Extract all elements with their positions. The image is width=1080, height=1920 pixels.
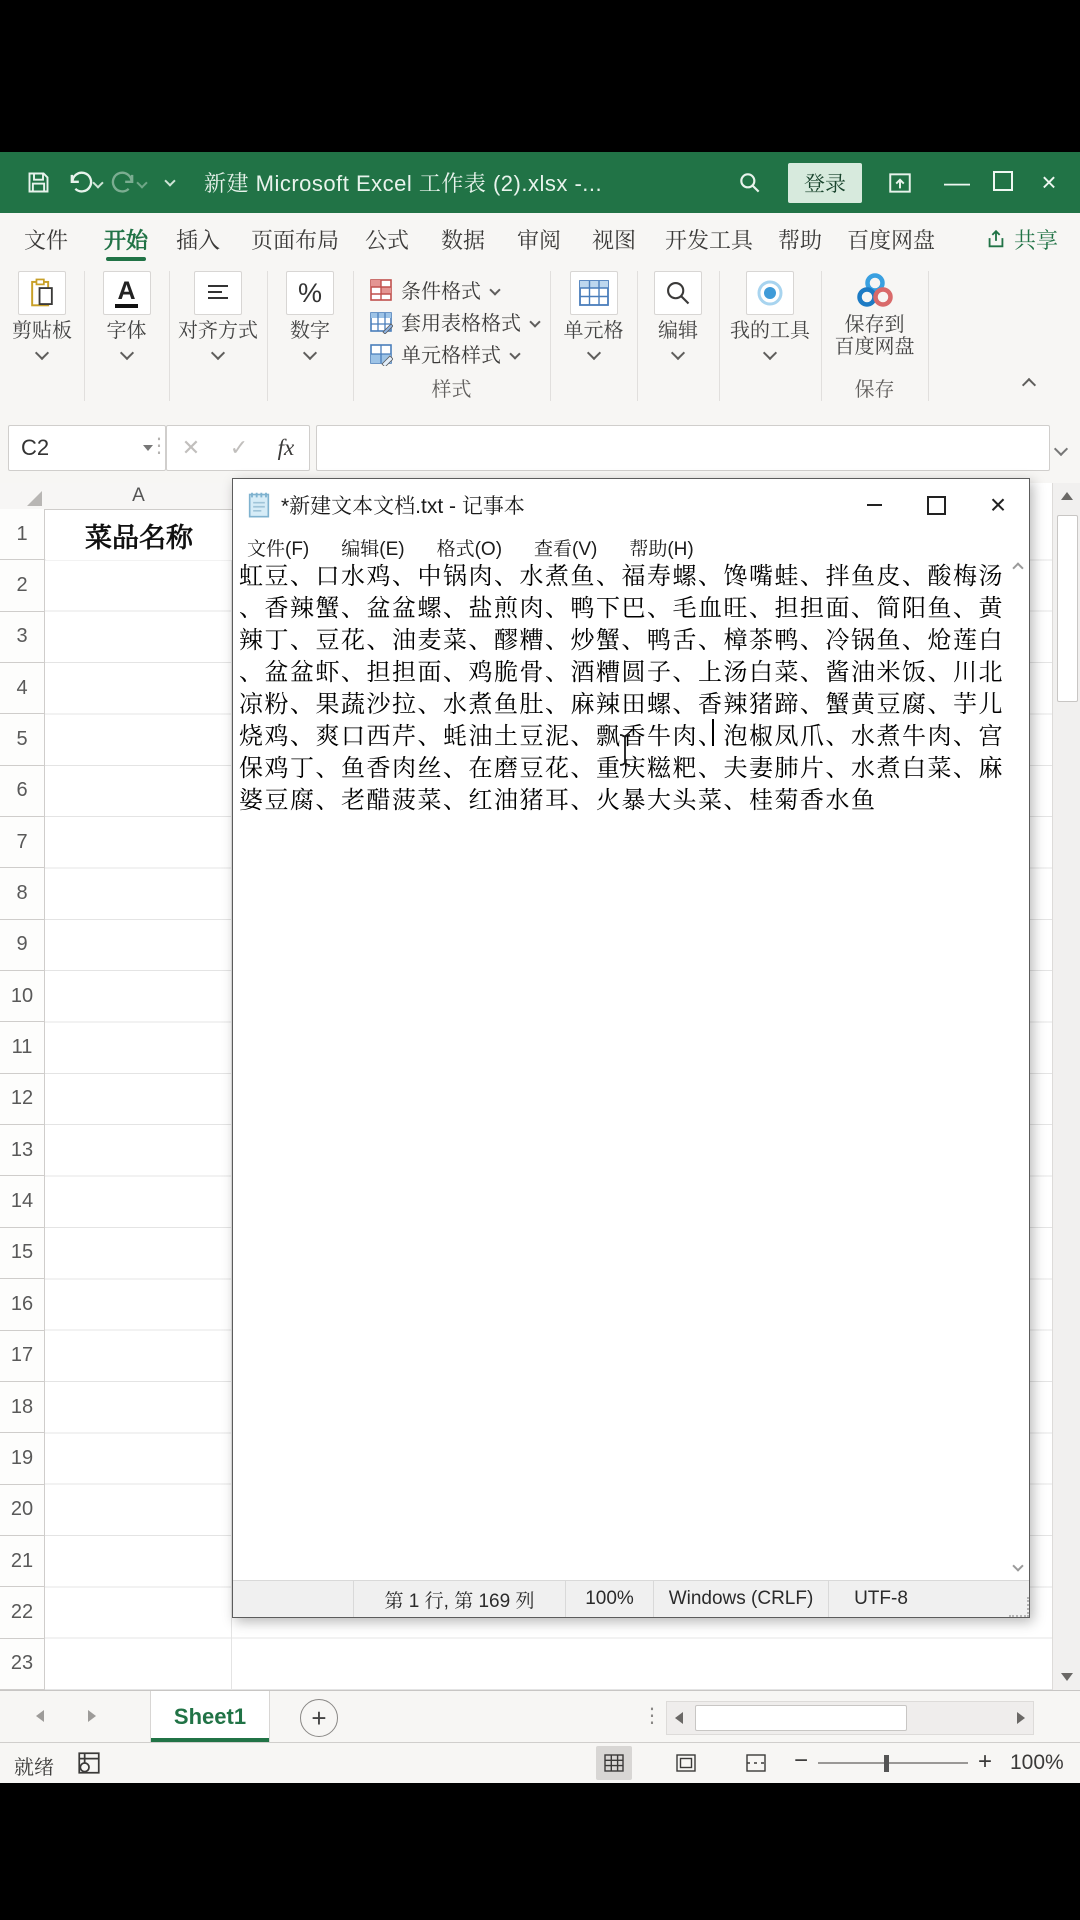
row-header[interactable]: 14 — [0, 1176, 45, 1227]
notepad-window[interactable]: *新建文本文档.txt - 记事本 × 文件(F) 编辑(E) 格式(O) 查看… — [232, 478, 1030, 1618]
undo-button[interactable] — [64, 163, 104, 203]
select-all-triangle-icon — [27, 491, 42, 506]
cells-button[interactable]: 单元格 — [550, 271, 637, 358]
page-layout-view-button[interactable] — [668, 1746, 704, 1780]
tab-view[interactable]: 视图 — [592, 213, 636, 265]
scroll-down-icon[interactable] — [1053, 1664, 1080, 1690]
text-line: 虹豆、口水鸡、中锅肉、水煮鱼、福寿螺、馋嘴蛙、拌鱼皮、酸梅汤 — [239, 561, 1014, 593]
tab-insert[interactable]: 插入 — [176, 213, 220, 265]
number-dropdown-icon[interactable] — [303, 346, 317, 360]
new-sheet-button[interactable]: + — [300, 1699, 338, 1737]
zoom-slider-thumb[interactable] — [884, 1755, 889, 1772]
insert-function-icon[interactable]: fx — [278, 435, 295, 461]
my-tools-group: 我的工具 — [719, 265, 821, 411]
close-button[interactable]: × — [1026, 167, 1072, 198]
my-tools-dropdown-icon[interactable] — [763, 346, 777, 360]
tab-file[interactable]: 文件 — [24, 213, 68, 265]
save-group-label: 保存 — [821, 373, 928, 402]
clipboard-button[interactable]: 剪贴板 — [0, 271, 84, 358]
confirm-entry-icon[interactable]: ✓ — [230, 435, 248, 461]
row-header[interactable]: 8 — [0, 868, 45, 919]
scroll-up-icon[interactable] — [1053, 483, 1080, 509]
notepad-title: *新建文本文档.txt - 记事本 — [281, 490, 525, 520]
formula-input[interactable] — [316, 425, 1050, 471]
editing-group: 编辑 — [637, 265, 719, 411]
cell-styles-button[interactable]: 单元格样式 — [369, 339, 519, 368]
macro-record-icon[interactable] — [76, 1750, 102, 1781]
text-caret — [712, 719, 714, 746]
excel-vertical-scrollbar[interactable] — [1052, 483, 1080, 1690]
conditional-formatting-dropdown-icon[interactable] — [489, 284, 500, 295]
resize-grip[interactable] — [1009, 1597, 1029, 1617]
ready-status: 就绪 — [14, 1751, 54, 1780]
menu-file[interactable]: 文件(F) — [247, 534, 309, 561]
search-icon[interactable] — [730, 163, 770, 203]
formula-bar: C2 ⋮ ✕ ✓ fx — [0, 411, 1080, 483]
tab-data[interactable]: 数据 — [441, 213, 485, 265]
row-header[interactable]: 2 — [0, 560, 45, 611]
notepad-statusbar: 第 1 行, 第 169 列 100% Windows (CRLF) UTF-8 — [233, 1580, 1029, 1617]
styles-group-label: 样式 — [353, 373, 550, 402]
zoom-in-button[interactable]: + — [978, 1748, 992, 1776]
editing-dropdown-icon[interactable] — [671, 346, 685, 360]
cell-a1[interactable]: 菜品名称 — [46, 510, 232, 560]
horizontal-scrollbar[interactable] — [666, 1701, 1034, 1735]
horizontal-scroll-thumb[interactable] — [695, 1705, 907, 1731]
notepad-titlebar[interactable]: *新建文本文档.txt - 记事本 × — [233, 479, 1029, 531]
cancel-entry-icon[interactable]: ✕ — [182, 435, 200, 461]
cells-group: 单元格 — [550, 265, 637, 411]
clipboard-dropdown-icon[interactable] — [35, 346, 49, 360]
notepad-icon — [247, 491, 271, 519]
row-header[interactable]: 22 — [0, 1587, 45, 1638]
cells-table-icon — [578, 279, 610, 307]
my-tools-button[interactable]: 我的工具 — [719, 271, 821, 358]
row-header[interactable]: 23 — [0, 1639, 45, 1690]
notepad-zoom-level: 100% — [565, 1581, 653, 1617]
tab-help[interactable]: 帮助 — [778, 213, 822, 265]
cell-styles-dropdown-icon[interactable] — [509, 348, 520, 359]
window-title: 新建 Microsoft Excel 工作表 (2).xlsx -... — [204, 167, 602, 198]
quick-access-toolbar-dropdown[interactable] — [150, 163, 190, 203]
collapse-ribbon-icon[interactable] — [1024, 377, 1034, 395]
row-header[interactable]: 10 — [0, 971, 45, 1022]
top-black-bar — [0, 0, 1080, 152]
row-header[interactable]: 5 — [0, 714, 45, 765]
name-box[interactable]: C2 — [8, 425, 166, 471]
save-to-baidu-group: 保存到 百度网盘 保存 — [821, 265, 928, 411]
tab-developer[interactable]: 开发工具 — [665, 213, 753, 265]
share-button[interactable]: 共享 — [985, 213, 1058, 265]
row-header[interactable]: 7 — [0, 817, 45, 868]
cursor-position: 第 1 行, 第 169 列 — [353, 1581, 565, 1617]
minimize-button[interactable]: — — [934, 167, 980, 198]
page-break-icon — [746, 1754, 766, 1772]
text-line: 辣丁、豆花、油麦菜、醪糟、炒蟹、鸭舌、樟茶鸭、冷锅鱼、炝莲白 — [239, 625, 1014, 657]
sheetbar-divider: ⋮ — [642, 1703, 663, 1728]
my-tools-icon — [755, 278, 785, 308]
row-header[interactable]: 3 — [0, 612, 45, 663]
tab-home[interactable]: 开始 — [104, 213, 148, 265]
percent-icon: % — [298, 278, 322, 309]
page-break-view-button[interactable] — [738, 1746, 774, 1780]
page-layout-icon — [676, 1754, 696, 1772]
format-as-table-dropdown-icon[interactable] — [529, 316, 540, 327]
text-line: 、盆盆虾、担担面、鸡脆骨、酒糟圆子、上汤白菜、酱油米饭、川北 — [239, 657, 1014, 689]
row-header[interactable]: 17 — [0, 1331, 45, 1382]
save-icon[interactable] — [18, 163, 58, 203]
notepad-text-area[interactable]: 虹豆、口水鸡、中锅肉、水煮鱼、福寿螺、馋嘴蛙、拌鱼皮、酸梅汤、香辣蟹、盆盆螺、盐… — [239, 561, 1014, 817]
ribbon: 剪贴板 A 字体 对齐方式 % 数字 — [0, 265, 1080, 412]
sheet-nav-right-icon[interactable] — [88, 1710, 96, 1722]
menu-help[interactable]: 帮助(H) — [629, 534, 693, 561]
clipboard-group: 剪贴板 — [0, 265, 84, 411]
vertical-scroll-thumb[interactable] — [1057, 515, 1078, 702]
share-icon — [985, 228, 1007, 250]
text-line: 凉粉、果蔬沙拉、水煮鱼肚、麻辣田螺、香辣猪蹄、蟹黄豆腐、芋儿 — [239, 689, 1014, 721]
row-header[interactable]: 6 — [0, 766, 45, 817]
number-button[interactable]: % 数字 — [267, 271, 353, 358]
expand-formula-bar-icon[interactable] — [1056, 441, 1066, 459]
menu-edit[interactable]: 编辑(E) — [341, 534, 404, 561]
hscroll-right-icon[interactable] — [1009, 1712, 1033, 1724]
bottom-black-bar — [0, 1782, 1080, 1920]
clipboard-icon — [27, 277, 57, 309]
select-all-corner[interactable] — [0, 483, 46, 510]
row-header[interactable]: 18 — [0, 1382, 45, 1433]
tab-review[interactable]: 审阅 — [517, 213, 561, 265]
alignment-dropdown-icon[interactable] — [211, 346, 225, 360]
normal-view-icon — [604, 1754, 624, 1772]
ribbon-display-options-icon[interactable] — [880, 163, 920, 203]
conditional-formatting-icon — [369, 278, 393, 302]
ribbon-tabs-row: 文件 开始 插入 页面布局 公式 数据 审阅 视图 开发工具 帮助 百度网盘 共… — [0, 213, 1080, 266]
row-headers: 1234567891011121314151617181920212223 — [0, 509, 45, 1690]
notepad-menubar: 文件(F) 编辑(E) 格式(O) 查看(V) 帮助(H) — [233, 531, 1029, 563]
row-header[interactable]: 9 — [0, 920, 45, 971]
sheet-tab-sheet1[interactable]: Sheet1 — [150, 1691, 270, 1742]
format-as-table-button[interactable]: 套用表格格式 — [369, 307, 539, 336]
align-icon — [204, 281, 232, 305]
row-header[interactable]: 21 — [0, 1536, 45, 1587]
redo-dropdown-icon[interactable] — [136, 177, 147, 188]
row-header[interactable]: 20 — [0, 1485, 45, 1536]
format-as-table-icon — [369, 310, 393, 334]
statusbar-spacer — [233, 1581, 353, 1617]
notepad-scroll-up-icon[interactable] — [1014, 559, 1022, 577]
zoom-percentage[interactable]: 100% — [1010, 1751, 1064, 1775]
number-group: % 数字 — [267, 265, 353, 411]
font-dropdown-icon[interactable] — [119, 346, 133, 360]
row-header[interactable]: 12 — [0, 1074, 45, 1125]
cell-styles-icon — [369, 342, 393, 366]
text-line: 、香辣蟹、盆盆螺、盐煎肉、鸭下巴、毛血旺、担担面、简阳鱼、黄 — [239, 593, 1014, 625]
column-header-a[interactable]: A — [45, 483, 233, 510]
formula-buttons: ✕ ✓ fx — [166, 425, 310, 471]
row-header[interactable]: 19 — [0, 1433, 45, 1484]
line-ending: Windows (CRLF) — [653, 1581, 828, 1617]
zoom-out-button[interactable]: − — [794, 1747, 808, 1775]
row-header[interactable]: 16 — [0, 1279, 45, 1330]
tab-baidu-netdisk[interactable]: 百度网盘 — [847, 213, 935, 265]
tab-formulas[interactable]: 公式 — [365, 213, 409, 265]
font-group: A 字体 — [84, 265, 169, 411]
baidu-netdisk-icon — [854, 271, 896, 311]
excel-titlebar: 新建 Microsoft Excel 工作表 (2).xlsx -... 登录 … — [0, 152, 1080, 213]
notepad-maximize-button[interactable] — [905, 479, 967, 531]
find-icon — [664, 279, 692, 307]
alignment-button[interactable]: 对齐方式 — [169, 271, 267, 358]
font-icon: A — [115, 279, 137, 308]
row-header[interactable]: 1 — [0, 509, 45, 560]
row-header[interactable]: 4 — [0, 663, 45, 714]
normal-view-button[interactable] — [596, 1746, 632, 1780]
conditional-formatting-button[interactable]: 条件格式 — [369, 275, 499, 304]
redo-button[interactable] — [108, 163, 148, 203]
menu-view[interactable]: 查看(V) — [534, 534, 597, 561]
notepad-minimize-button[interactable] — [843, 479, 905, 531]
maximize-button[interactable] — [980, 167, 1026, 198]
row-header[interactable]: 11 — [0, 1022, 45, 1073]
row-header[interactable]: 15 — [0, 1228, 45, 1279]
undo-dropdown-icon[interactable] — [92, 177, 103, 188]
login-button[interactable]: 登录 — [788, 163, 862, 203]
ibeam-cursor — [616, 733, 634, 772]
zoom-slider[interactable] — [818, 1762, 968, 1764]
sheet-nav-left-icon[interactable] — [36, 1710, 44, 1722]
hscroll-left-icon[interactable] — [667, 1712, 691, 1724]
text-line: 婆豆腐、老醋菠菜、红油猪耳、火暴大头菜、桂菊香水鱼 — [239, 785, 1014, 817]
tab-page-layout[interactable]: 页面布局 — [251, 213, 339, 265]
sheet-tab-bar: Sheet1 + ⋮ — [0, 1690, 1080, 1743]
screen: 新建 Microsoft Excel 工作表 (2).xlsx -... 登录 … — [0, 0, 1080, 1920]
excel-statusbar: 就绪 − + 100% — [0, 1742, 1080, 1783]
alignment-group: 对齐方式 — [169, 265, 267, 411]
notepad-close-button[interactable]: × — [967, 479, 1029, 531]
editing-button[interactable]: 编辑 — [637, 271, 719, 358]
menu-format[interactable]: 格式(O) — [437, 534, 502, 561]
styles-group: 条件格式 套用表格格式 单元格样式 样式 — [353, 265, 550, 411]
font-button[interactable]: A 字体 — [84, 271, 169, 358]
notepad-scroll-down-icon[interactable] — [1014, 1557, 1022, 1575]
row-header[interactable]: 13 — [0, 1125, 45, 1176]
encoding: UTF-8 — [828, 1581, 933, 1617]
cells-dropdown-icon[interactable] — [586, 346, 600, 360]
save-to-baidu-button[interactable]: 保存到 百度网盘 — [821, 271, 928, 359]
